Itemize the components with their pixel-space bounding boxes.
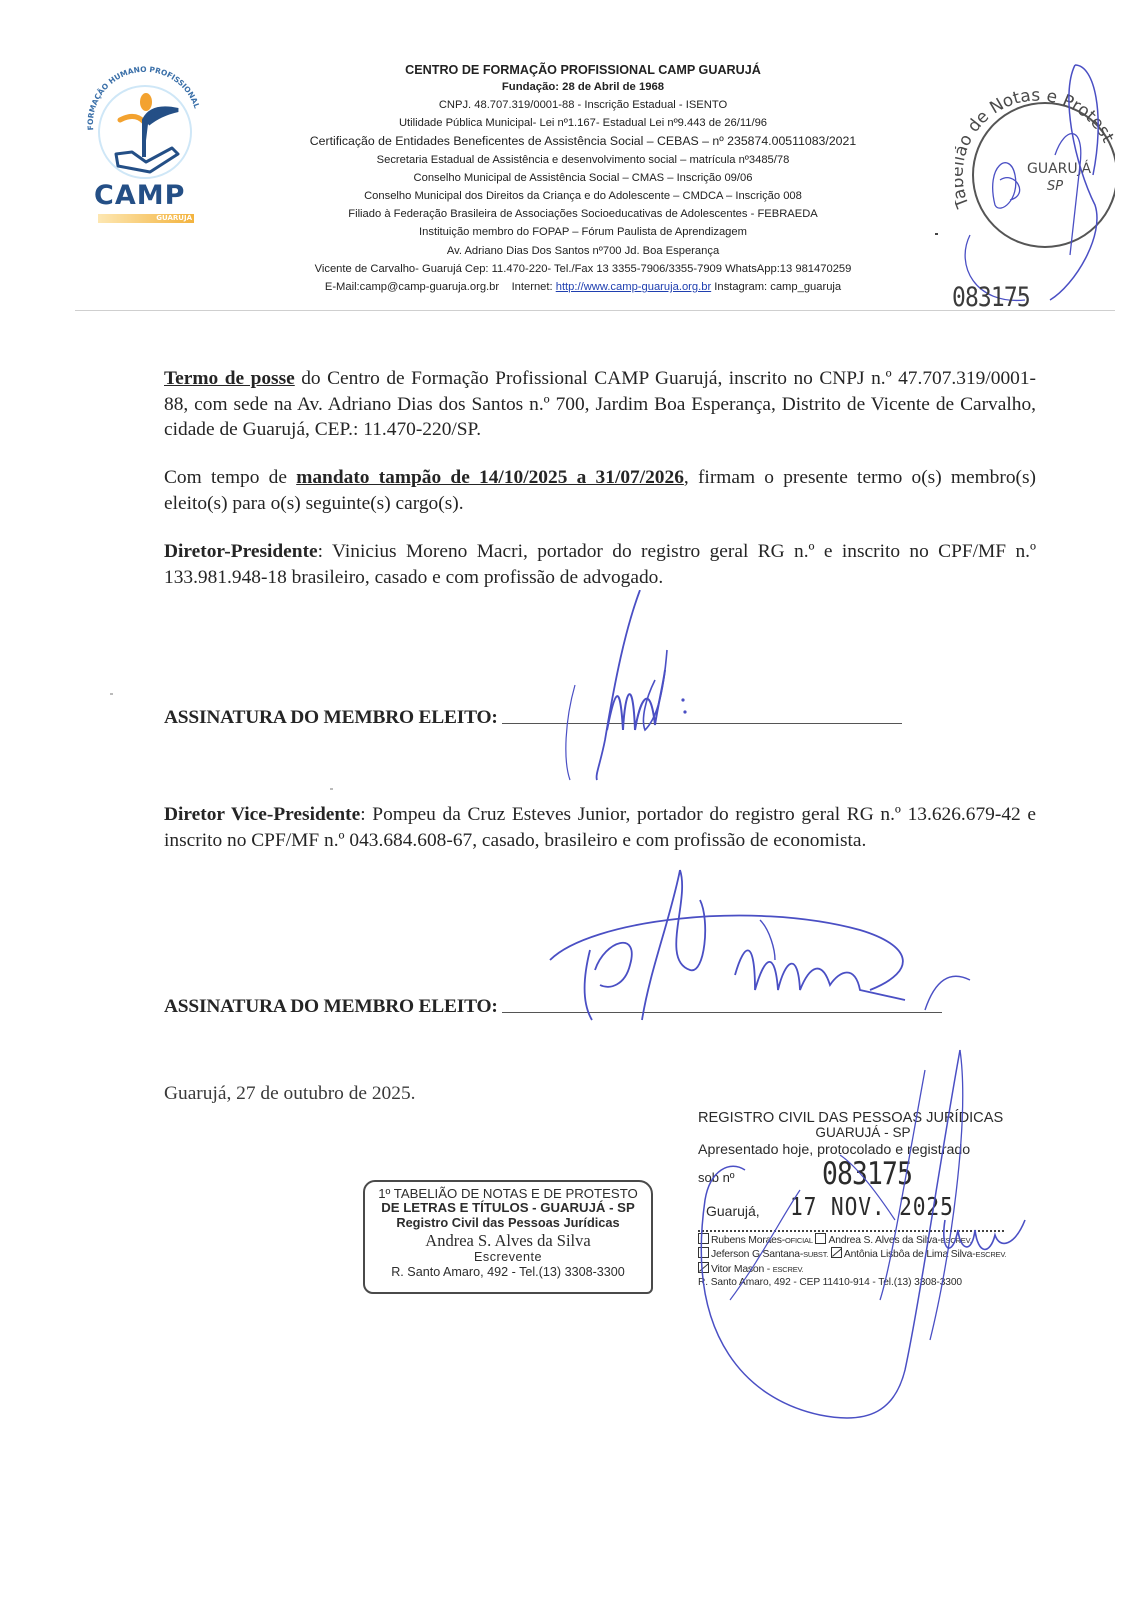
logo-name: CAMP [94,180,185,211]
officer-name: Antônia Lisbôa de Lima Silva- [844,1249,976,1260]
registro-officers: Rubens Moraes-OFICIAL Andrea S. Alves da… [698,1233,1018,1276]
tabeliao-line-2: DE LETRAS E TÍTULOS - GUARUJÁ - SP [365,1201,651,1215]
logo-emblem-icon: FORMAÇÃO HUMANO PROFISSIONAL [80,62,210,187]
registro-city: GUARUJÁ - SP [698,1126,1018,1140]
org-cnpj: CNPJ. 48.707.319/0001-88 - Inscrição Est… [230,96,936,114]
scan-speck [110,693,113,695]
officer-name: Vitor Mason - [711,1264,773,1275]
tabeliao-line-1: 1º TABELIÃO DE NOTAS E DE PROTESTO [365,1187,651,1201]
paragraph-president: Diretor-Presidente: Vinicius Moreno Macr… [164,539,1036,590]
paragraph-vice-president: Diretor Vice-Presidente: Pompeu da Cruz … [164,802,1036,853]
signature-row-president: ASSINATURA DO MEMBRO ELEITO: [164,707,902,729]
org-founded: Fundação: 28 de Abril de 1968 [230,78,936,96]
tabeliao-line-3: Registro Civil das Pessoas Jurídicas [365,1215,651,1231]
officer-checkbox-checked-icon [831,1247,842,1258]
signature-president-icon [545,590,725,790]
officer-checkbox-checked-icon [698,1262,709,1273]
registro-date: 17 NOV. 2025 [790,1192,954,1221]
scan-speck [330,788,333,790]
registro-dotted-divider [698,1230,1004,1232]
officer-name: Jeferson G Santana- [711,1249,803,1260]
notary-round-stamp: Tabelião de Notas e Protesto e Títulos G… [955,55,1115,315]
term-lead: Termo de posse [164,368,295,389]
officer-role: OFICIAL [785,1236,813,1245]
org-internet-label: Internet: [512,281,553,293]
org-cmas: Conselho Municipal de Assistência Social… [230,169,936,187]
registro-date-row: Guarujá, 17 NOV. 2025 [698,1192,1018,1226]
registro-number-label: sob nº [698,1170,735,1185]
mandate-period: mandato tampão de 14/10/2025 a 31/07/202… [296,467,684,488]
org-website-link[interactable]: http://www.camp-guaruja.org.br [556,281,711,293]
tabeliao-address: R. Santo Amaro, 492 - Tel.(13) 3308-3300 [365,1264,651,1280]
paragraph-mandate: Com tempo de mandato tampão de 14/10/202… [164,465,1036,516]
org-instagram: Instagram: camp_guaruja [714,281,841,293]
signature-label: ASSINATURA DO MEMBRO ELEITO: [164,707,498,728]
president-role: Diretor-Presidente [164,541,318,562]
officer-checkbox-icon [815,1233,826,1244]
registration-number-top: 083175 [952,282,1030,313]
org-fopap: Instituição membro do FOPAP – Fórum Paul… [230,223,936,241]
registro-date-city: Guarujá, [706,1203,760,1219]
org-febraeda: Filiado à Federação Brasileira de Associ… [230,205,936,223]
officer-role: SUBST. [803,1250,828,1259]
officer-checkbox-icon [698,1247,709,1258]
scan-speck [935,233,938,235]
signature-row-vice-president: ASSINATURA DO MEMBRO ELEITO: [164,996,942,1018]
tabeliao-clerk-name: Andrea S. Alves da Silva [365,1231,651,1250]
tabeliao-stamp: 1º TABELIÃO DE NOTAS E DE PROTESTO DE LE… [363,1180,653,1294]
org-secretaria: Secretaria Estadual de Assistência e des… [230,151,936,169]
org-address: Av. Adriano Dias Dos Santos nº700 Jd. Bo… [230,242,936,260]
place-and-date: Guarujá, 27 de outubro de 2025. [164,1083,415,1105]
org-contact: Vicente de Carvalho- Guarujá Cep: 11.470… [230,260,936,278]
stamp-state: SP [1047,179,1063,194]
org-cmdca: Conselho Municipal dos Direitos da Crian… [230,187,936,205]
officer-checkbox-icon [698,1233,709,1244]
officer-name: Rubens Moraes- [711,1235,785,1246]
officer-role: ESCREV. [976,1250,1007,1259]
org-public-utility: Utilidade Pública Municipal- Lei nº1.167… [230,114,936,132]
registro-number: 083175 [822,1156,912,1192]
registro-number-row: sob nº 083175 [698,1160,1018,1192]
logo-city: GUARUJÁ [98,214,194,223]
org-online: E-Mail:camp@camp-guaruja.org.br Internet… [230,278,936,296]
registro-address: R. Santo Amaro, 492 - CEP 11410-914 - Te… [698,1276,1018,1289]
signature-label: ASSINATURA DO MEMBRO ELEITO: [164,996,498,1017]
org-email: E-Mail:camp@camp-guaruja.org.br [325,281,499,293]
org-title: CENTRO DE FORMAÇÃO PROFISSIONAL CAMP GUA… [230,62,936,78]
mandate-pre: Com tempo de [164,467,296,488]
vice-president-role: Diretor Vice-Presidente [164,804,360,825]
tabeliao-clerk-role: Escrevente [365,1250,651,1264]
officer-role: ESCREV. [941,1236,972,1245]
term-text: do Centro de Formação Profissional CAMP … [164,368,1036,440]
camp-logo: FORMAÇÃO HUMANO PROFISSIONAL CAMP GUARUJ… [80,62,210,227]
signature-line [502,723,902,724]
letterhead: CENTRO DE FORMAÇÃO PROFISSIONAL CAMP GUA… [230,62,936,296]
paragraph-term-of-office: Termo de posse do Centro de Formação Pro… [164,366,1036,443]
officer-name: Andrea S. Alves da Silva- [828,1235,940,1246]
org-cebas: Certificação de Entidades Beneficentes d… [230,132,936,150]
signature-vice-president-icon [530,860,990,1050]
registro-civil-stamp: REGISTRO CIVIL DAS PESSOAS JURÍDICAS GUA… [698,1110,1018,1289]
signature-line [502,1012,942,1013]
registro-title: REGISTRO CIVIL DAS PESSOAS JURÍDICAS [698,1110,1018,1126]
officer-role: ESCREV. [773,1265,804,1274]
